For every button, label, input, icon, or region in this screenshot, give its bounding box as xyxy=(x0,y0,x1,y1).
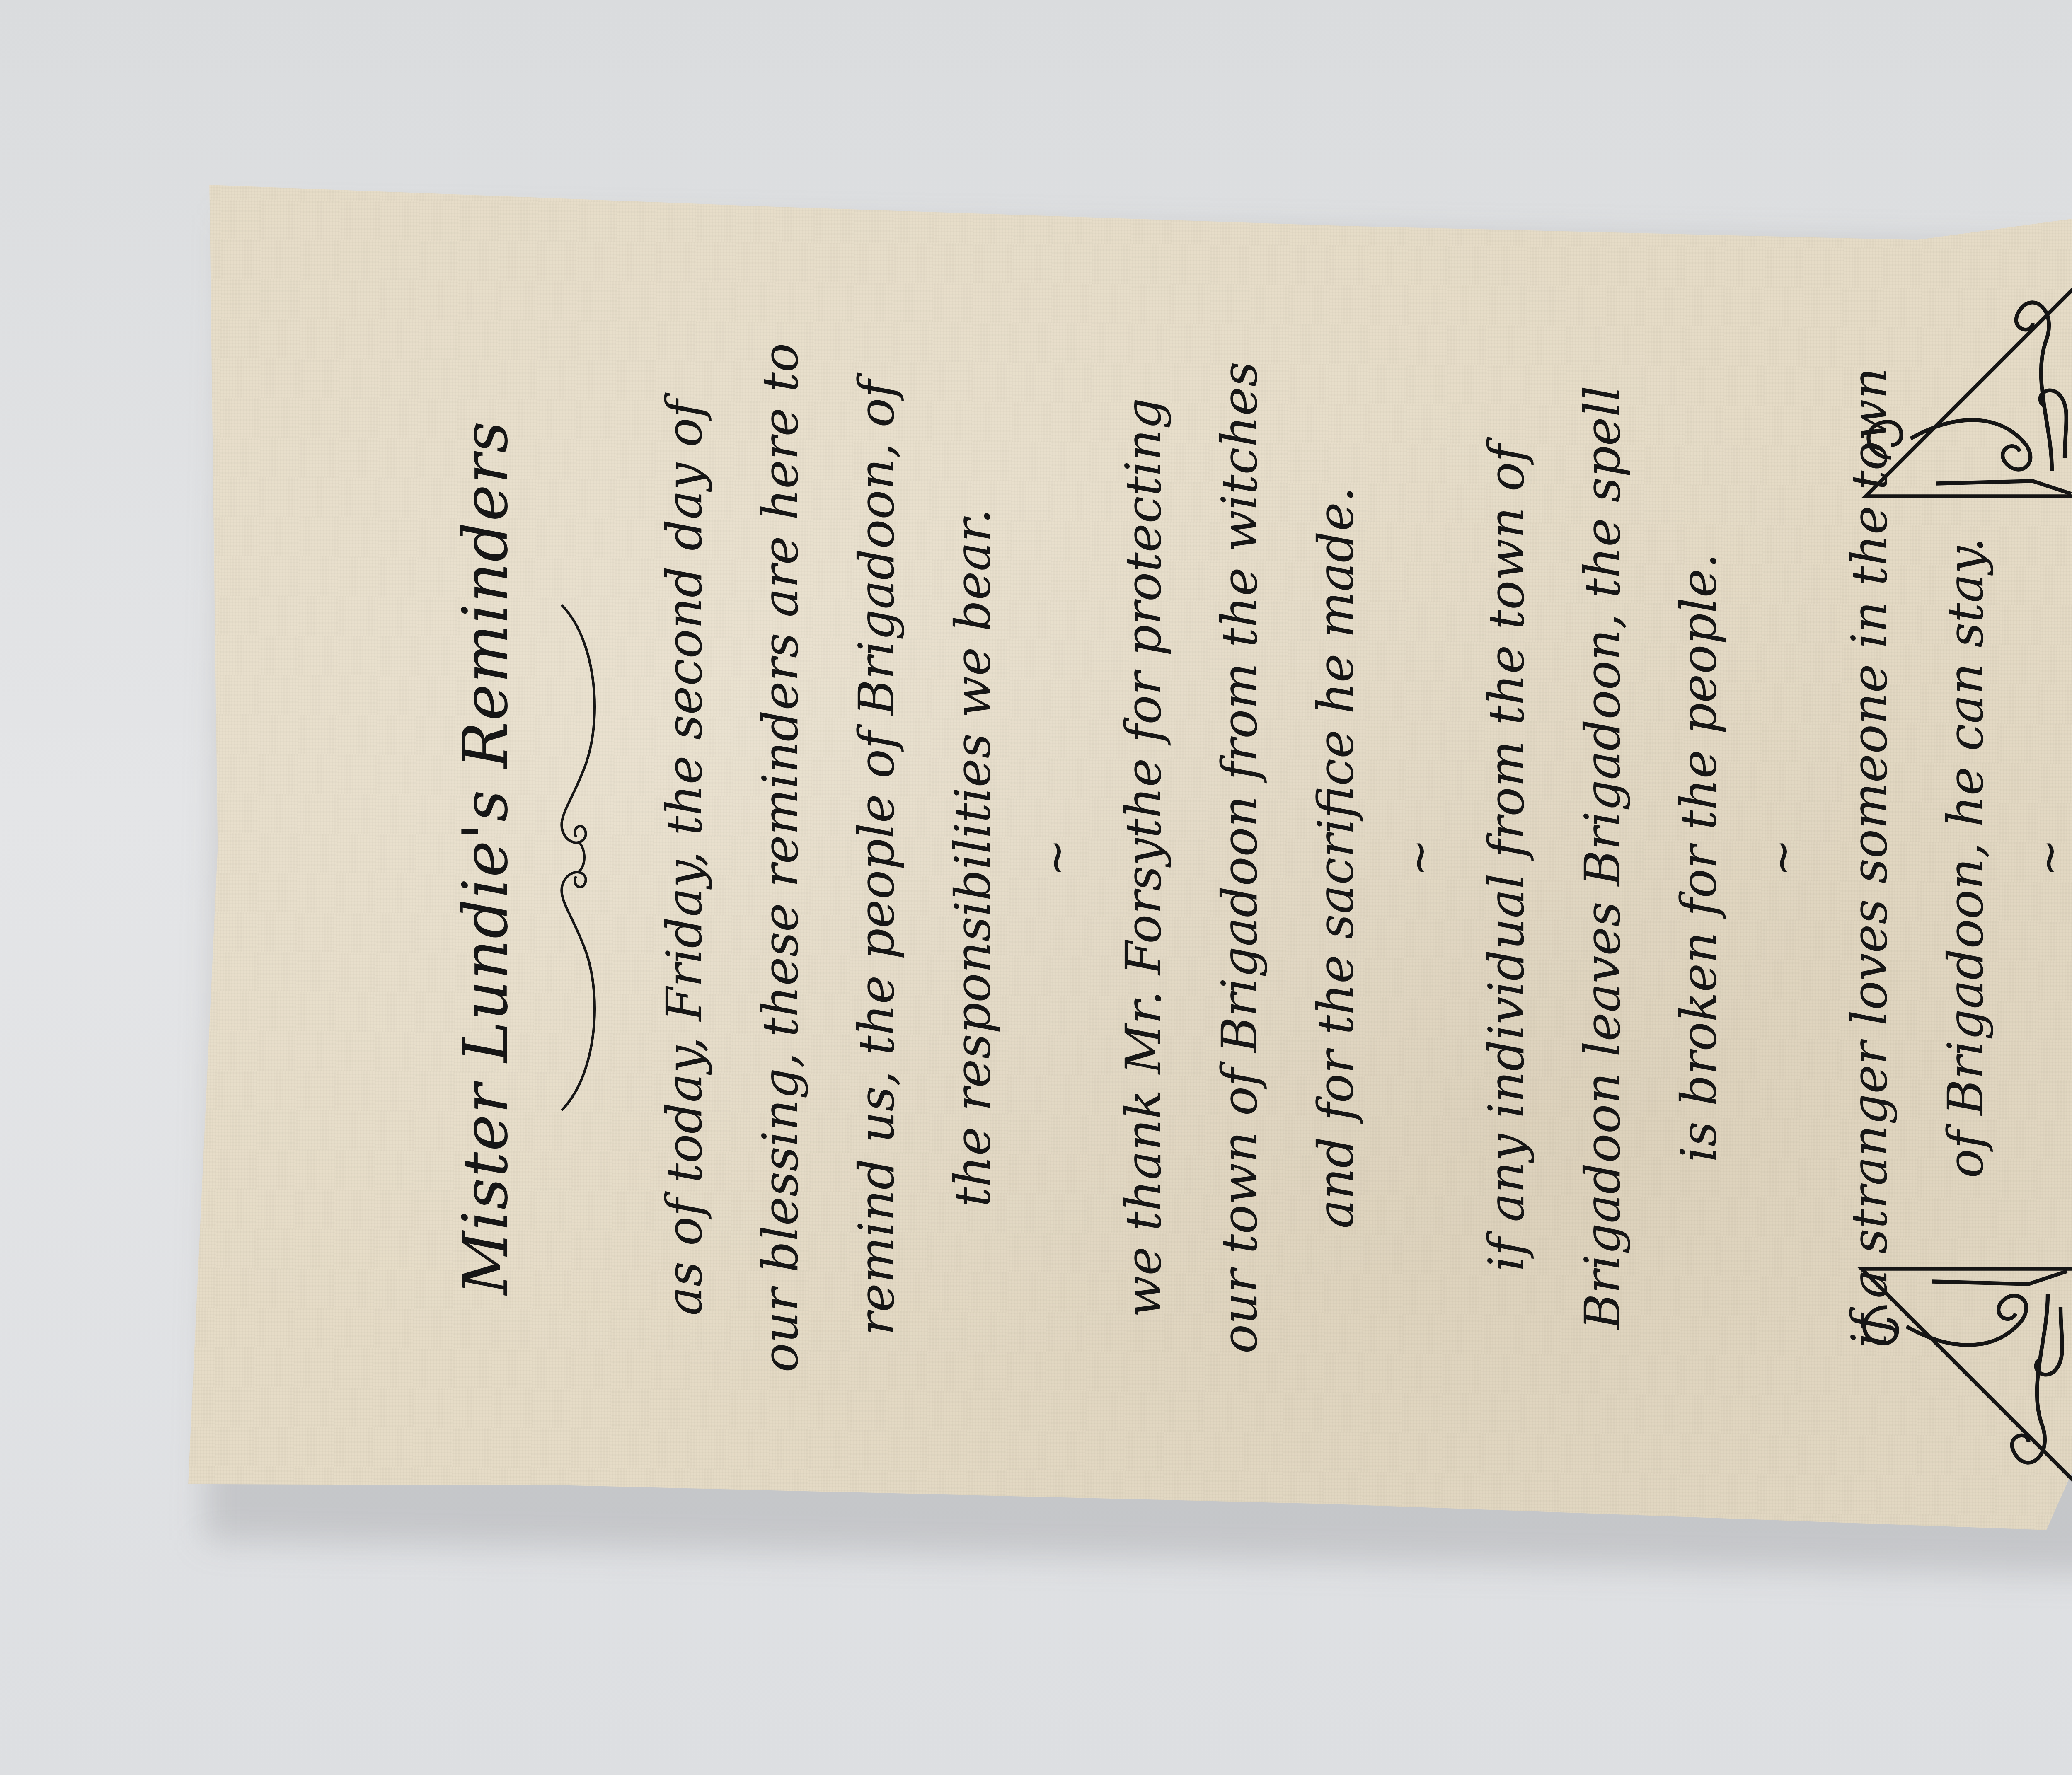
paragraph-line: we thank Mr. Forsythe for protecting xyxy=(1095,236,1191,1479)
paragraph-line: and for the sacrifice he made. xyxy=(1288,236,1384,1479)
paragraph-4: if a stranger loves someone in the town … xyxy=(1821,236,2014,1479)
paragraph-line: remind us, the people of Brigadoon, of xyxy=(828,236,925,1479)
title-flourish-icon xyxy=(537,588,611,1127)
paragraph-line: our blessing, these reminders are here t… xyxy=(732,236,828,1479)
paragraph-line: if any individual from the town of xyxy=(1458,236,1554,1479)
paragraph-line: is broken for the people. xyxy=(1651,236,1747,1479)
letter-title: Mister Lundie's Reminders xyxy=(452,236,520,1479)
separator-tilde: ~ xyxy=(1025,236,1087,1479)
paragraph-line: as of today, Friday, the second day of xyxy=(636,236,732,1479)
separator-tilde: ~ xyxy=(1388,236,1450,1479)
paragraph-1: as of today, Friday, the second day of o… xyxy=(636,236,1021,1479)
paragraph-line: if a stranger loves someone in the town xyxy=(1821,236,1917,1479)
reminders-letter: Mister Lundie's Reminders as of today, F… xyxy=(278,236,2018,1479)
separator-tilde: ~ xyxy=(1751,236,1813,1479)
paragraph-line: our town of Brigadoon from the witches xyxy=(1191,236,1288,1479)
paragraph-3: if any individual from the town of Briga… xyxy=(1458,236,1747,1479)
separator-tilde: ~ xyxy=(2018,236,2072,1479)
paragraph-2: we thank Mr. Forsythe for protecting our… xyxy=(1095,236,1384,1479)
paragraph-line: of Brigadoon, he can stay. xyxy=(1917,236,2014,1479)
paragraph-line: Brigadoon leaves Brigadoon, the spell xyxy=(1554,236,1651,1479)
photo-scene: Mister Lundie's Reminders as of today, F… xyxy=(0,0,2072,1775)
paragraph-line: the responsibilities we bear. xyxy=(925,236,1021,1479)
